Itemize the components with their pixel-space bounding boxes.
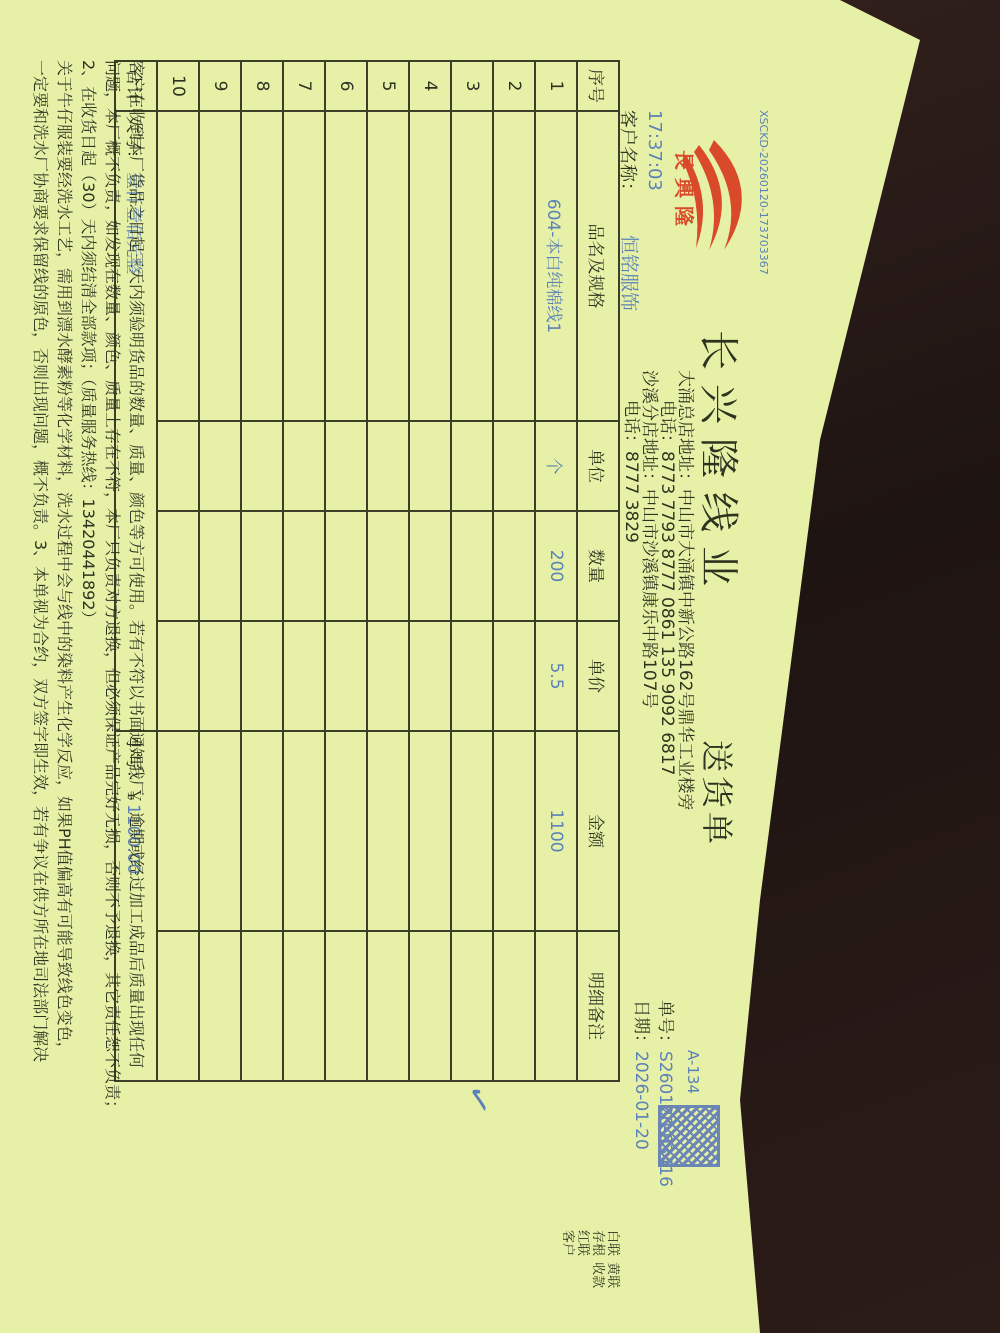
- cell-qty: [367, 511, 409, 621]
- cell-amount: [325, 731, 367, 931]
- cell-no: 7: [283, 61, 325, 111]
- cell-price: [241, 621, 283, 731]
- table-row: 8: [241, 61, 283, 1081]
- delivery-note: XSCKD-20260120-173703367 長興隆 17:37:03 客户…: [0, 0, 760, 1333]
- cell-price: [199, 621, 241, 731]
- copy-yellow: 黄联收款: [590, 1262, 620, 1290]
- col-header-qty: 数量: [577, 511, 619, 621]
- cell-price: [157, 621, 199, 731]
- cell-unit: 个: [535, 421, 577, 511]
- cell-name: [409, 111, 451, 421]
- terms-line: 一定要和洗水厂协商要求保留线的原色，否则出现问题，概不负责。3、本单视为合约，双…: [28, 60, 52, 1290]
- terms-line: 客户在收到本厂货品之日起三天内须验明货品的数量、质量、颜色等方可使用。若有不符以…: [124, 60, 148, 1290]
- customer-name: 恒铭服饰: [617, 235, 644, 311]
- cell-remark: [283, 931, 325, 1081]
- cell-amount: [493, 731, 535, 931]
- table-row: 9: [199, 61, 241, 1081]
- cell-amount: [409, 731, 451, 931]
- cell-no: 5: [367, 61, 409, 111]
- cell-qty: [157, 511, 199, 621]
- cell-name: [241, 111, 283, 421]
- terms-line: 问题，本厂概不负责；如发现在数量、颜色、质量上存在不符，本厂只负责对方退换，但必…: [100, 60, 124, 1290]
- col-header-price: 单价: [577, 621, 619, 731]
- cell-qty: [241, 511, 283, 621]
- serial-print: XSCKD-20260120-173703367: [757, 110, 770, 275]
- copy-labels: 白联存根 黄联收款 红联客户: [560, 1230, 620, 1320]
- logo-text: 長興隆: [671, 150, 700, 234]
- cell-name: 604-本白纯棉线1: [535, 111, 577, 421]
- table-row: 1604-本白纯棉线1个2005.51100: [535, 61, 577, 1081]
- cell-unit: [199, 421, 241, 511]
- table-row: 10: [157, 61, 199, 1081]
- cell-no: 9: [199, 61, 241, 111]
- print-time: 17:37:03: [644, 110, 665, 191]
- company-name: 长兴隆线业: [693, 330, 750, 600]
- phone-branch: 电话：8777 3829: [621, 400, 646, 543]
- cell-price: [451, 621, 493, 731]
- cell-amount: 1100: [535, 731, 577, 931]
- cell-remark: [535, 931, 577, 1081]
- table-row: 4: [409, 61, 451, 1081]
- cell-remark: [409, 931, 451, 1081]
- cell-name: [451, 111, 493, 421]
- cell-qty: [199, 511, 241, 621]
- cell-unit: [367, 421, 409, 511]
- cell-remark: [199, 931, 241, 1081]
- handwritten-check-mark: ✓: [454, 1079, 501, 1119]
- cell-unit: [283, 421, 325, 511]
- cell-price: 5.5: [535, 621, 577, 731]
- cell-name: [367, 111, 409, 421]
- terms-line: 关于牛仔服装要经洗水工艺，需用到漂水酵素粉等化学材料，洗水过程中会与线中的染料产…: [52, 60, 76, 1290]
- terms-line: 2、在收货日起（30）天内须结清全部款项；（质量服务热线：13420441892…: [76, 60, 100, 1290]
- cell-no: 8: [241, 61, 283, 111]
- cell-qty: 200: [535, 511, 577, 621]
- cell-amount: [451, 731, 493, 931]
- table-row: 3: [451, 61, 493, 1081]
- cell-name: [199, 111, 241, 421]
- cell-remark: [241, 931, 283, 1081]
- cell-qty: [451, 511, 493, 621]
- table-row: 5: [367, 61, 409, 1081]
- cell-amount: [367, 731, 409, 931]
- qr-code[interactable]: [658, 1105, 720, 1167]
- cell-remark: [451, 931, 493, 1081]
- terms-text: 客户在收到本厂货品之日起三天内须验明货品的数量、质量、颜色等方可使用。若有不符以…: [28, 60, 148, 1290]
- document-type: 送货单: [696, 740, 742, 848]
- cell-unit: [241, 421, 283, 511]
- col-header-name: 品名及规格: [577, 111, 619, 421]
- cell-name: [157, 111, 199, 421]
- cell-amount: [157, 731, 199, 931]
- series-code: A-134: [684, 1050, 702, 1094]
- cell-no: 3: [451, 61, 493, 111]
- cell-unit: [157, 421, 199, 511]
- table-row: 7: [283, 61, 325, 1081]
- cell-remark: [325, 931, 367, 1081]
- cell-remark: [367, 931, 409, 1081]
- table-header-row: 序号 品名及规格 单位 数量 单价 金额 明细备注: [577, 61, 619, 1081]
- cell-price: [325, 621, 367, 731]
- cell-name: [493, 111, 535, 421]
- col-header-remark: 明细备注: [577, 931, 619, 1081]
- cell-no: 6: [325, 61, 367, 111]
- items-table: 序号 品名及规格 单位 数量 单价 金额 明细备注 1604-本白纯棉线1个20…: [114, 60, 620, 1082]
- cell-unit: [451, 421, 493, 511]
- cell-remark: [157, 931, 199, 1081]
- cell-qty: [283, 511, 325, 621]
- cell-price: [283, 621, 325, 731]
- copy-red: 红联客户: [560, 1230, 590, 1258]
- cell-name: [325, 111, 367, 421]
- cell-amount: [283, 731, 325, 931]
- cell-remark: [493, 931, 535, 1081]
- cell-unit: [409, 421, 451, 511]
- cell-no: 10: [157, 61, 199, 111]
- col-header-amount: 金额: [577, 731, 619, 931]
- cell-no: 2: [493, 61, 535, 111]
- col-header-unit: 单位: [577, 421, 619, 511]
- cell-amount: [241, 731, 283, 931]
- cell-qty: [409, 511, 451, 621]
- table-row: 6: [325, 61, 367, 1081]
- cell-unit: [493, 421, 535, 511]
- cell-name: [283, 111, 325, 421]
- cell-price: [367, 621, 409, 731]
- cell-unit: [325, 421, 367, 511]
- cell-qty: [493, 511, 535, 621]
- table-row: 2: [493, 61, 535, 1081]
- cell-amount: [199, 731, 241, 931]
- cell-price: [493, 621, 535, 731]
- cell-qty: [325, 511, 367, 621]
- cell-price: [409, 621, 451, 731]
- copy-white: 白联存根: [590, 1230, 620, 1258]
- doc-date: 日期：2026-01-20: [631, 1000, 656, 1150]
- col-header-no: 序号: [577, 61, 619, 111]
- cell-no: 4: [409, 61, 451, 111]
- cell-no: 1: [535, 61, 577, 111]
